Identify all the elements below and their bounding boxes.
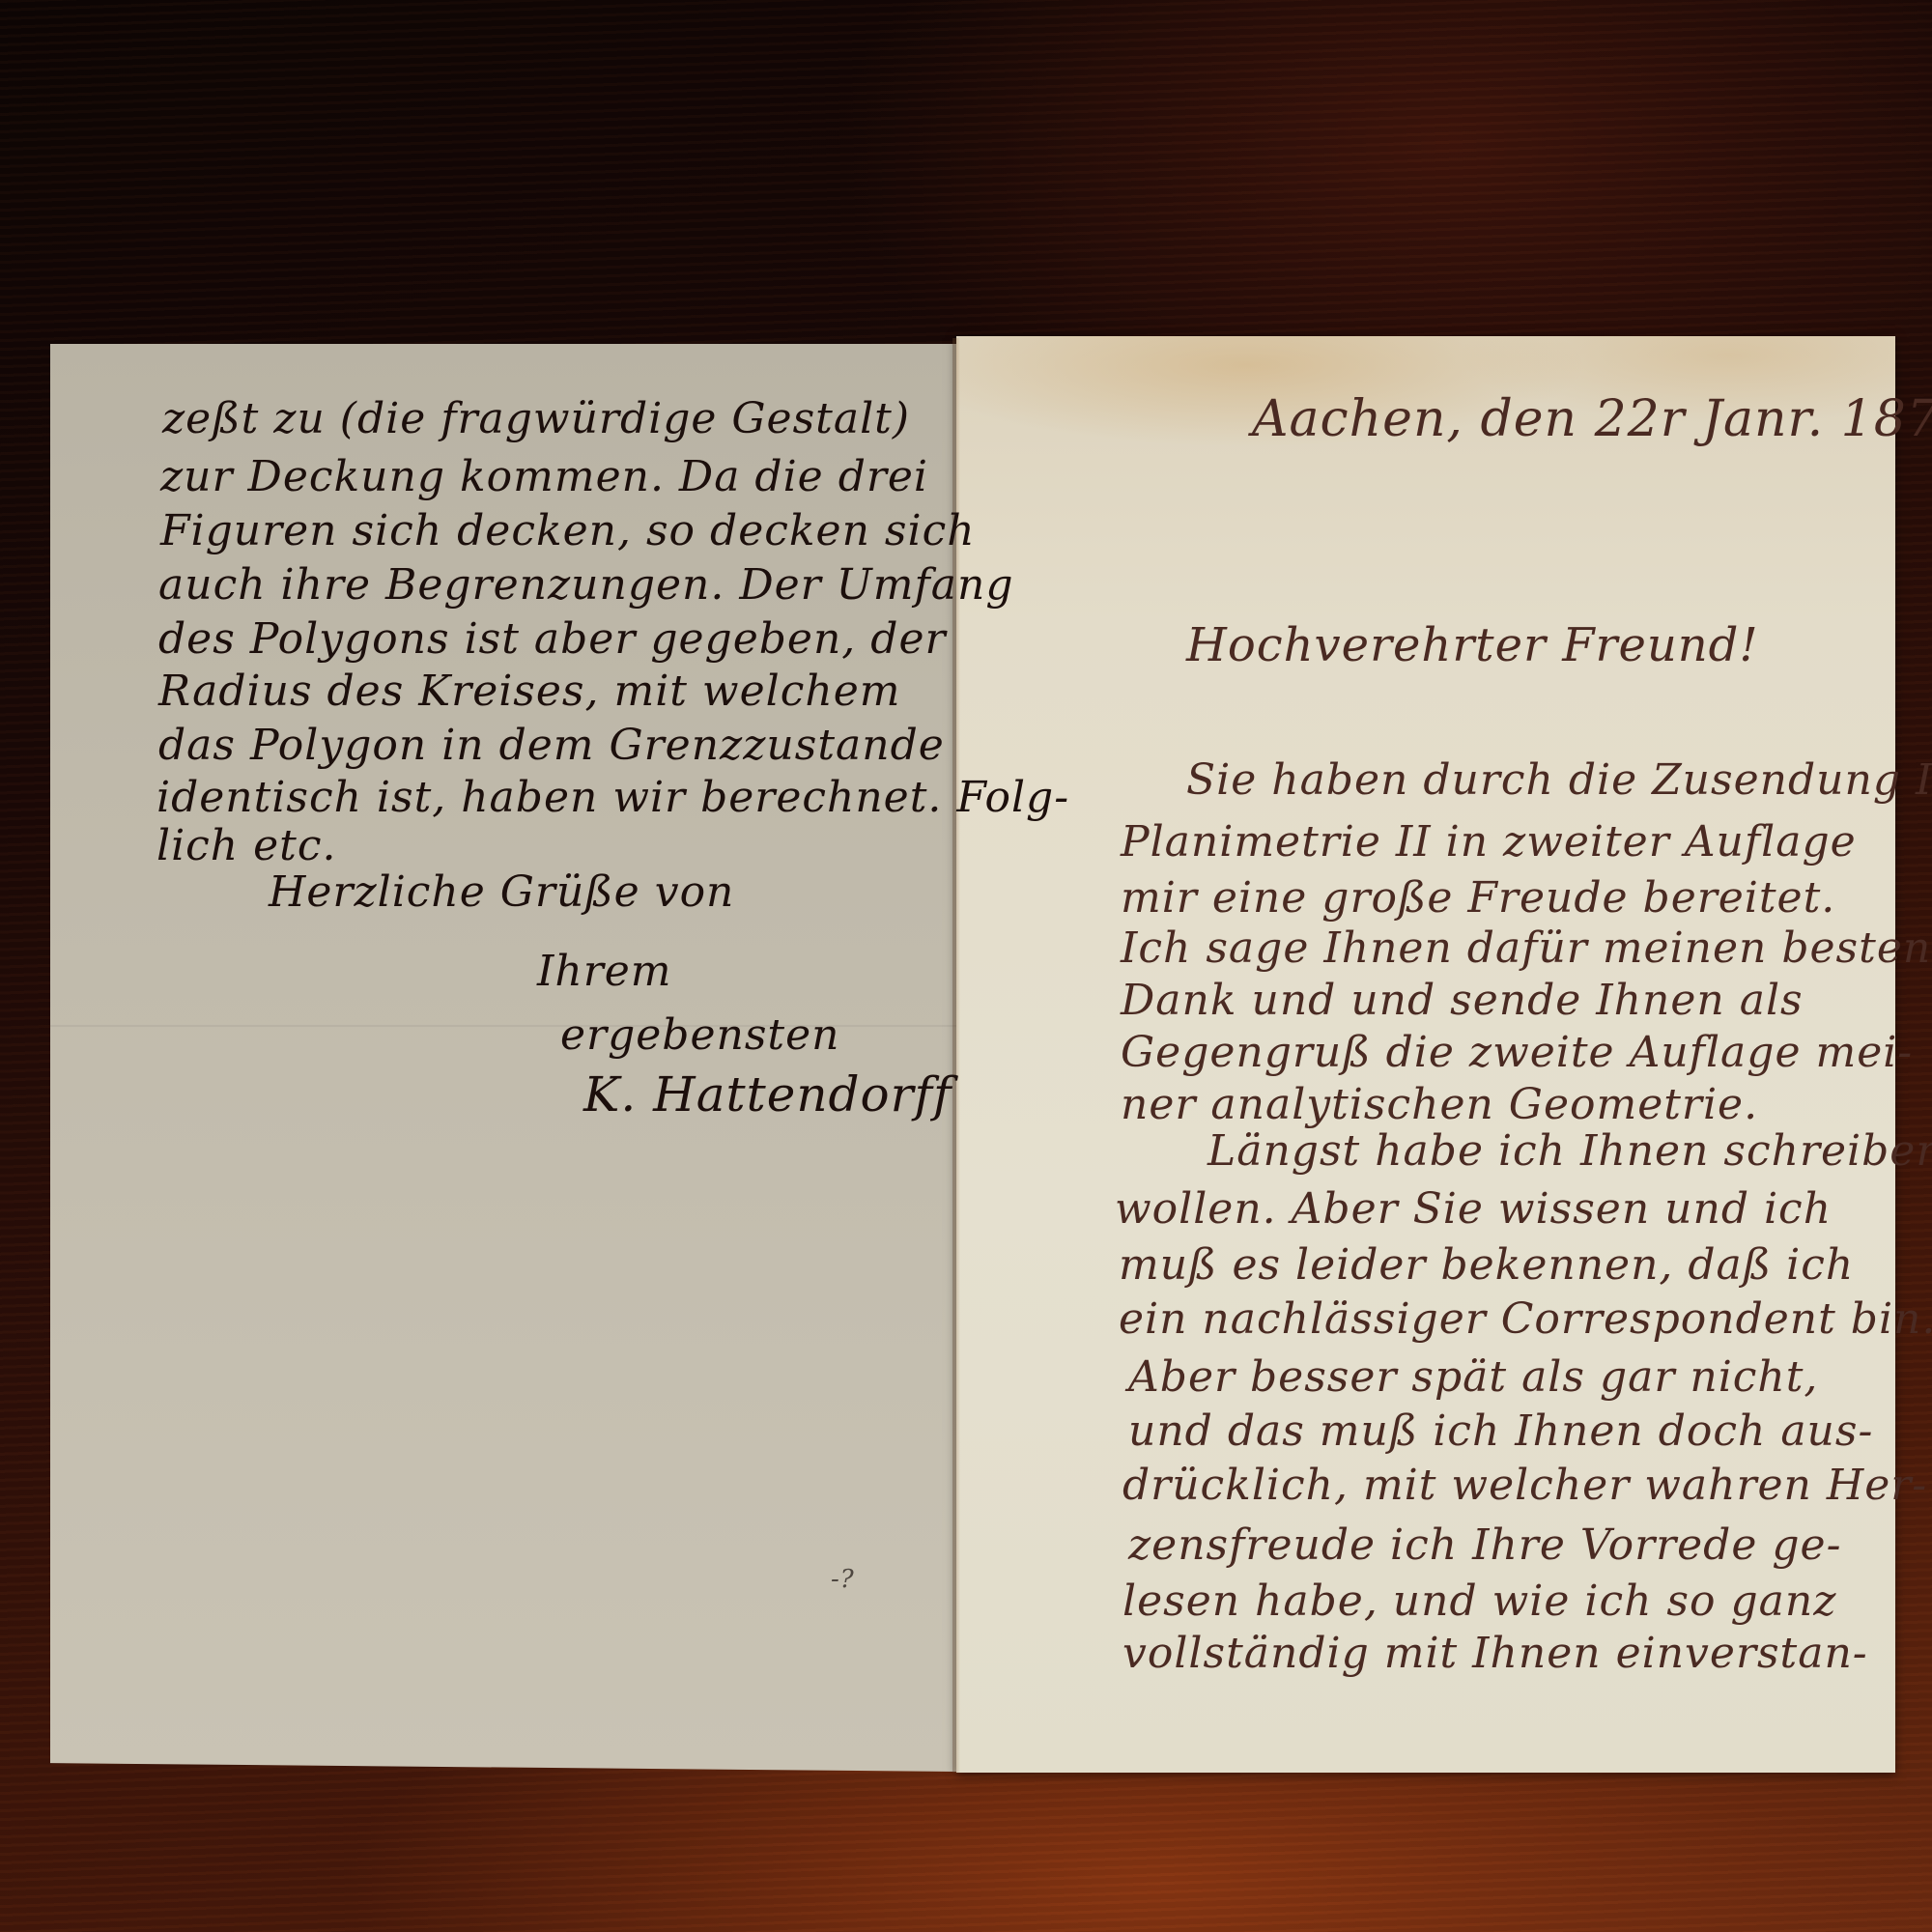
signature-name: K. Hattendorff <box>583 1066 952 1122</box>
right-line-15: zensfreude ich Ihre Vorrede ge- <box>1128 1520 1841 1570</box>
right-line-2: Planimetrie II in zweiter Auflage <box>1121 817 1857 867</box>
right-line-3: mir eine große Freude bereitet. <box>1121 873 1835 923</box>
dateline: Aachen, den 22r Janr. 1877 <box>1252 390 1932 448</box>
left-line-1: zeßt zu (die fragwürdige Gestalt) <box>162 394 910 443</box>
left-line-3: Figuren sich decken, so decken sich <box>160 506 976 555</box>
right-line-10: muß es leider bekennen, daß ich <box>1119 1240 1854 1290</box>
right-line-4: Ich sage Ihnen dafür meinen besten <box>1121 923 1931 973</box>
salutation: Hochverehrter Freund! <box>1186 618 1759 672</box>
left-line-8: identisch ist, haben wir berechnet. Folg… <box>156 773 1069 822</box>
right-line-11: ein nachlässiger Correspondent bin. <box>1119 1294 1932 1344</box>
left-line-5: des Polygons ist aber gegeben, der <box>158 614 947 664</box>
left-line-7: das Polygon in dem Grenzzustande <box>158 721 945 770</box>
right-line-8: Längst habe ich Ihnen schreiben <box>1207 1126 1932 1176</box>
right-line-9: wollen. Aber Sie wissen und ich <box>1115 1184 1832 1234</box>
right-line-5: Dank und und sende Ihnen als <box>1121 976 1804 1025</box>
left-line-6: Radius des Kreises, mit welchem <box>158 667 900 716</box>
right-line-17: vollständig mit Ihnen einverstan- <box>1122 1629 1868 1678</box>
right-line-16: lesen habe, und wie ich so ganz <box>1122 1577 1836 1626</box>
left-line-4: auch ihre Begrenzungen. Der Umfang <box>158 560 1014 610</box>
right-line-12: Aber besser spät als gar nicht, <box>1128 1352 1818 1402</box>
signature-line-ergebensten: ergebensten <box>560 1010 839 1060</box>
right-line-13: und das muß ich Ihnen doch aus- <box>1128 1406 1873 1456</box>
left-line-9: lich etc. <box>156 821 336 870</box>
right-line-7: ner analytischen Geometrie. <box>1121 1080 1758 1129</box>
right-line-6: Gegengruß die zweite Auflage mei- <box>1121 1028 1913 1077</box>
left-line-2: zur Deckung kommen. Da die drei <box>160 452 928 501</box>
closing-greeting: Herzliche Grüße von <box>269 867 734 917</box>
right-line-1: Sie haben durch die Zusendung Ihrer <box>1186 755 1932 805</box>
right-line-14: drücklich, mit welcher wahren Her- <box>1122 1461 1927 1510</box>
signature-line-ihrem: Ihrem <box>537 947 672 996</box>
pencil-mark: -? <box>831 1565 855 1594</box>
